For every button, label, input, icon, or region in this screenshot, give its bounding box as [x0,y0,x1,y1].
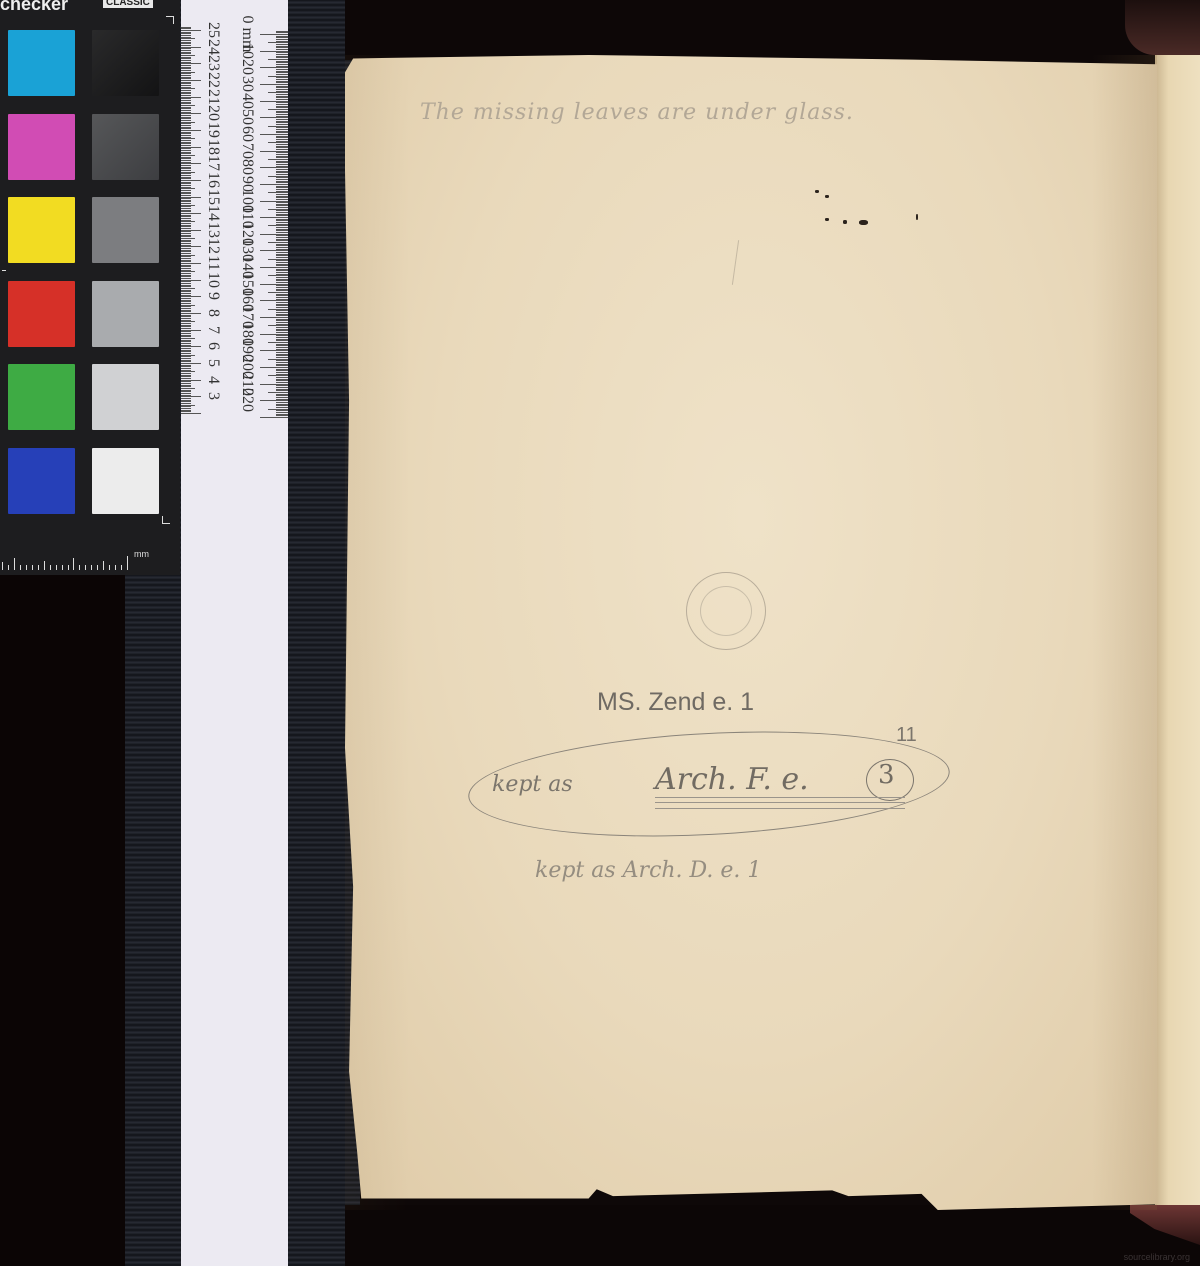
ruler-tick [260,417,288,418]
circled-number-text: 3 [878,760,895,790]
library-stamp-inner-icon [700,586,752,636]
ink-spot [859,220,868,225]
checker-badge: CLASSIC [103,0,153,8]
swatch-light-gray [92,281,159,347]
swatch-red [8,281,75,347]
swatch-lighter-gray [92,364,159,430]
swatch-white [92,448,159,514]
pencil-note-top: The missing leaves are under glass. [420,100,854,125]
swatch-dark-gray [92,114,159,180]
swatch-blue [8,448,75,514]
watermark: sourcelibrary.org [1124,1252,1190,1262]
ink-spot [825,218,829,221]
underline [655,808,905,809]
measurement-ruler: 0 mm102030405060708090100110120130140150… [181,0,288,1266]
swatch-black [92,30,159,96]
swatch-mid-gray [92,197,159,263]
ruler-tick [181,413,201,414]
top-dark-background [345,0,1200,60]
color-checker-card: checker CLASSIC mm [0,0,180,575]
swatch-cyan [8,30,75,96]
bottom-dark-background [345,1205,1200,1266]
swatch-green [8,364,75,430]
ruler-secondary-label: 3 [204,376,222,416]
shelfmark: MS. Zend e. 1 [597,688,754,717]
dark-background [0,575,125,1266]
book-binding-top [1125,0,1200,55]
kept-as-label-2: kept as Arch. D. e. 1 [535,858,761,883]
archive-shelfmark-1: Arch. F. e. [655,762,809,797]
swatch-magenta [8,114,75,180]
adjacent-page-edge [1155,50,1200,1215]
corner-mark-icon [162,516,170,524]
ink-spot [843,220,847,224]
checker-mm-scale [0,545,130,572]
ruler-mm-label: 220 [238,380,256,420]
corner-mark-icon [166,16,174,24]
mm-label: mm [134,549,149,559]
ink-spot [916,214,918,220]
swatch-yellow [8,197,75,263]
ink-spot [825,195,829,198]
underline [655,802,905,803]
ink-spot [815,190,819,193]
checker-title: checker [0,0,68,15]
underline [655,797,905,798]
superscript-number: 11 [896,724,917,747]
corner-mark-icon [2,270,6,278]
kept-as-label-1: kept as [492,772,573,797]
